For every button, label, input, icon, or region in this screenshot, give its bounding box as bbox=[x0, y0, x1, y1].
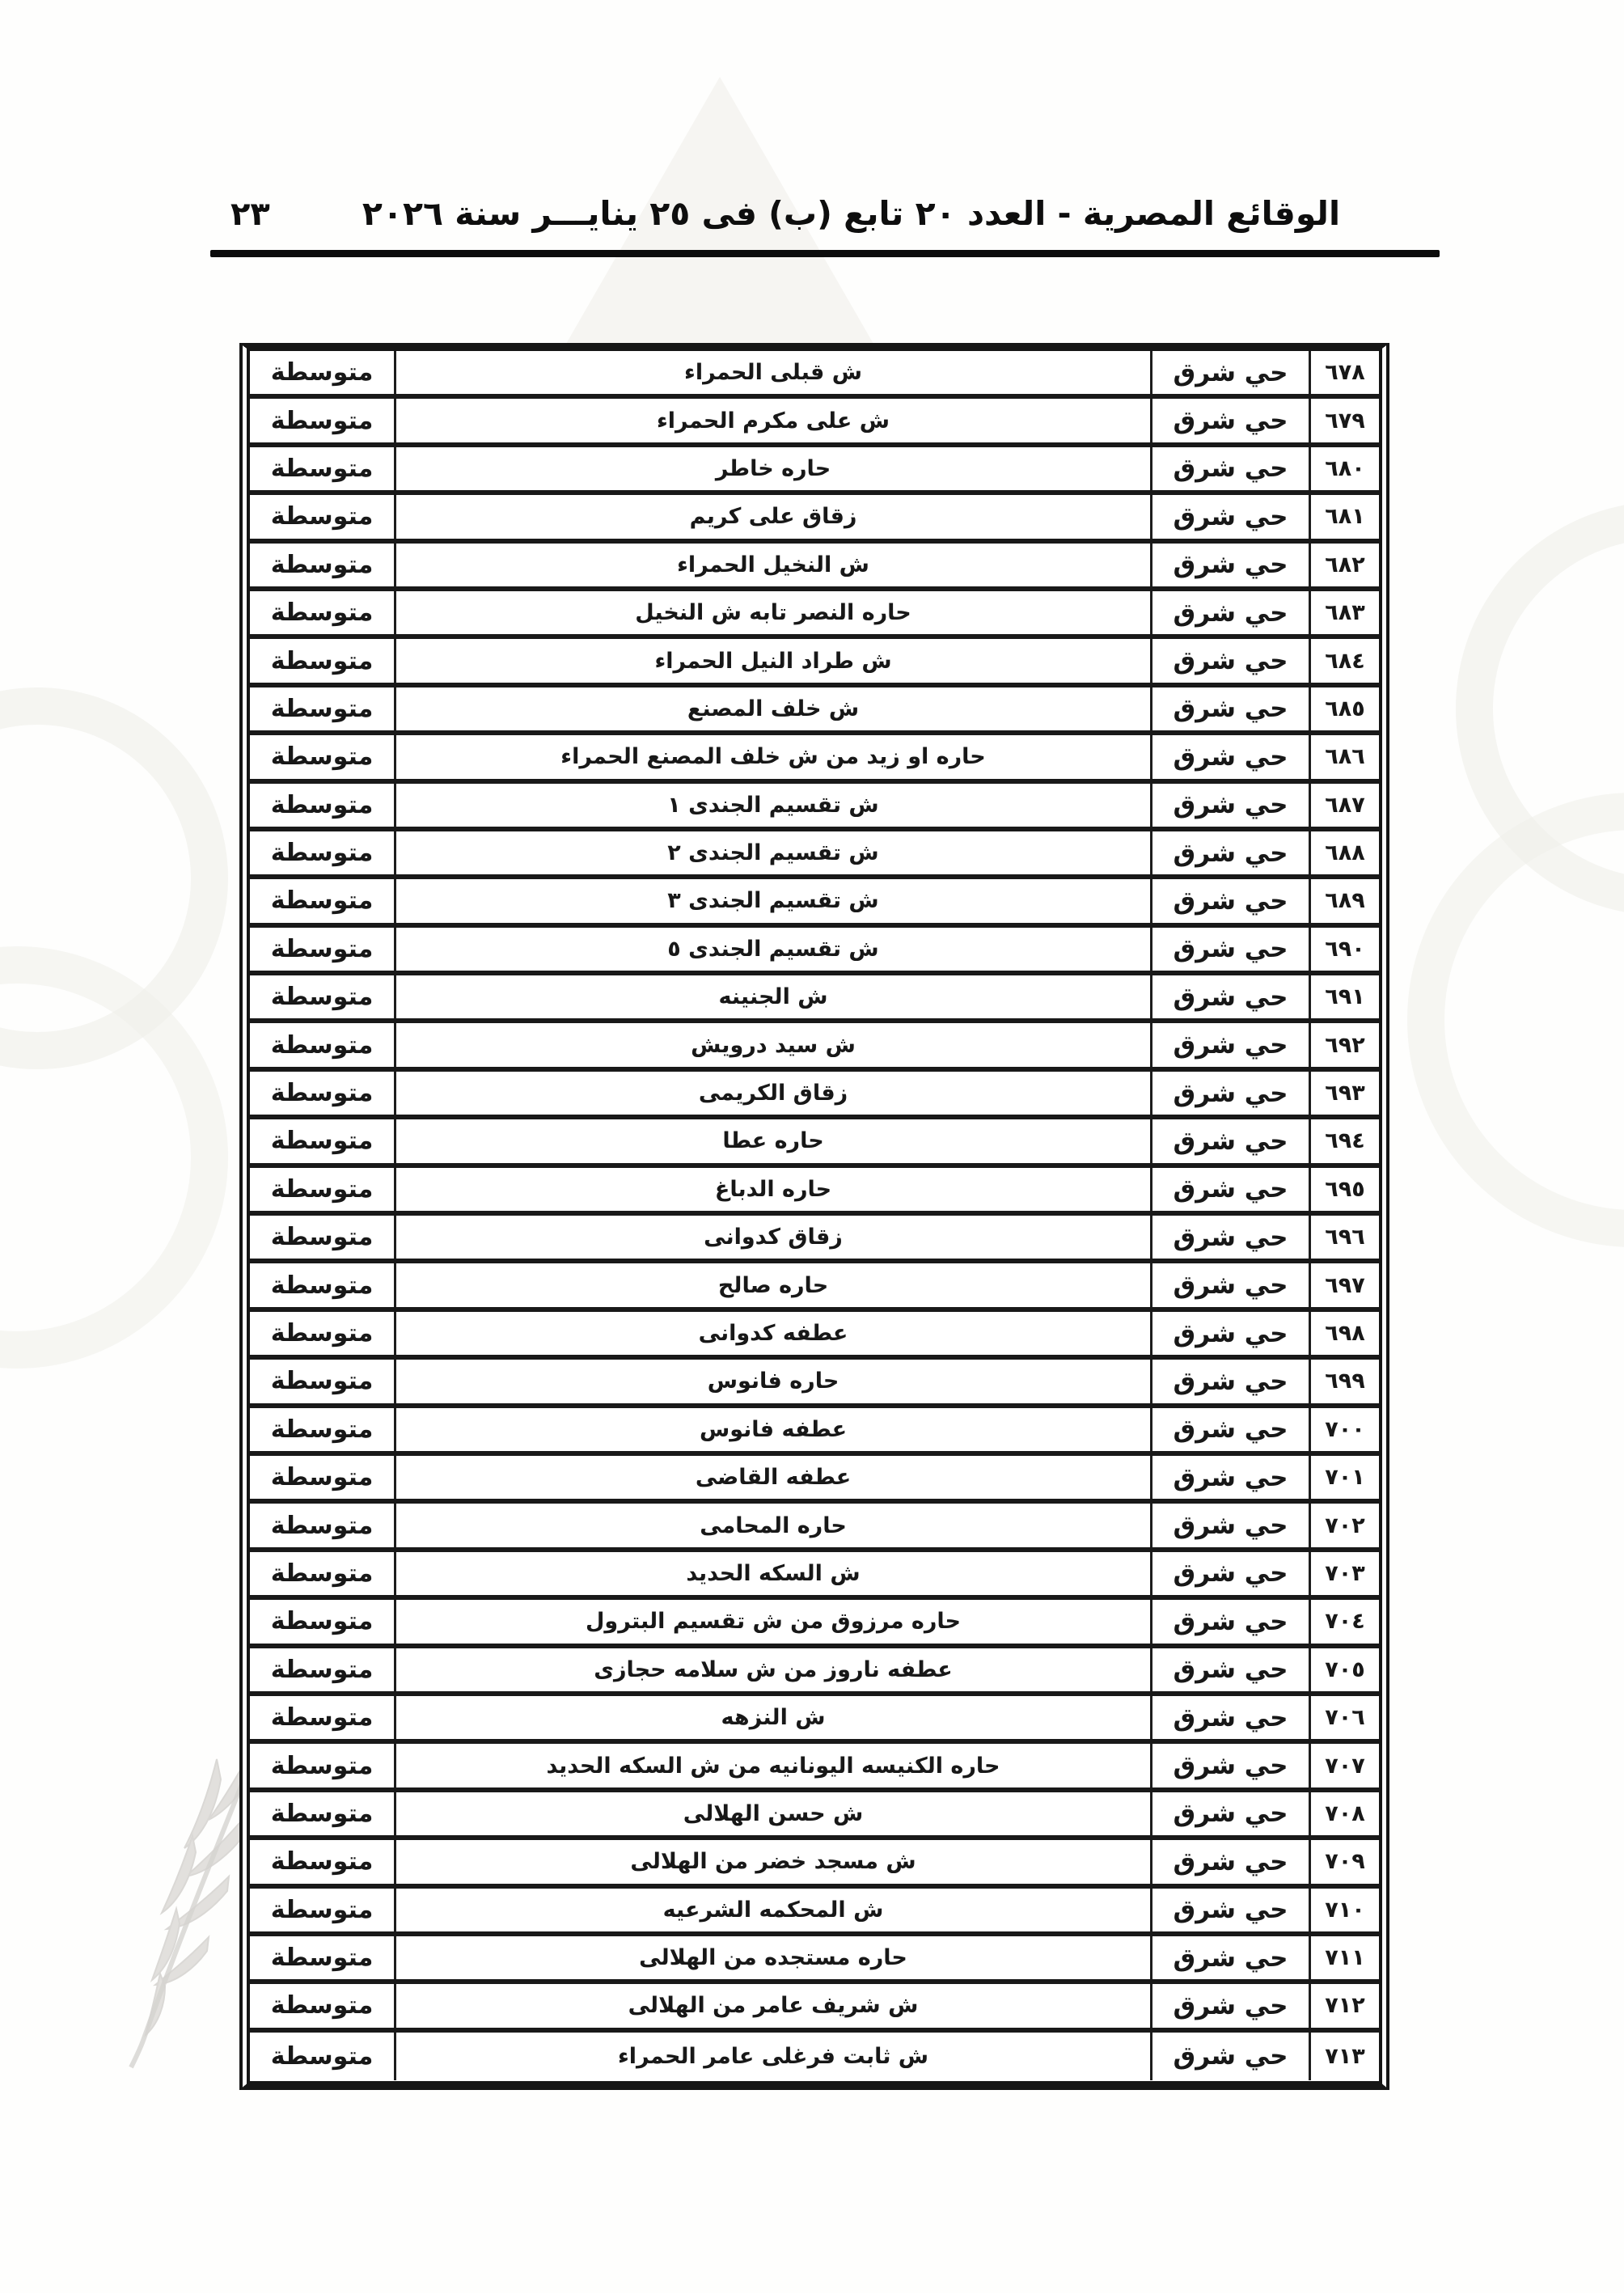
street-name-cell: ش مسجد خضر من الهلالى bbox=[396, 1840, 1152, 1883]
street-name-cell: حاره صالح bbox=[396, 1263, 1152, 1306]
table-row: متوسطة ش النزهه حي شرق ٧٠٦ bbox=[250, 1696, 1379, 1744]
serial-number-cell: ٦٩١ bbox=[1311, 975, 1379, 1018]
masthead-rule bbox=[210, 250, 1440, 257]
table-row: متوسطة عطفه فانوس حي شرق ٧٠٠ bbox=[250, 1408, 1379, 1456]
table-row: متوسطة حاره الدباغ حي شرق ٦٩٥ bbox=[250, 1168, 1379, 1216]
gazette-scanned-page: الوقائع المصرية - العدد ٢٠ تابع (ب) فى ٢… bbox=[0, 0, 1624, 2293]
district-cell: حي شرق bbox=[1152, 1456, 1311, 1499]
table-row: متوسطة ش حسن الهلالى حي شرق ٧٠٨ bbox=[250, 1792, 1379, 1840]
serial-number-cell: ٦٩٦ bbox=[1311, 1216, 1379, 1259]
street-name-cell: حاره او زيد من ش خلف المصنع الحمراء bbox=[396, 735, 1152, 778]
serial-number-cell: ٦٨٧ bbox=[1311, 784, 1379, 827]
classification-cell: متوسطة bbox=[250, 591, 396, 634]
classification-cell: متوسطة bbox=[250, 831, 396, 874]
gazette-title-line: الوقائع المصرية - العدد ٢٠ تابع (ب) فى ٢… bbox=[362, 194, 1340, 233]
classification-cell: متوسطة bbox=[250, 1744, 396, 1787]
serial-number-cell: ٧١١ bbox=[1311, 1936, 1379, 1979]
masthead: الوقائع المصرية - العدد ٢٠ تابع (ب) فى ٢… bbox=[230, 162, 1340, 233]
classification-cell: متوسطة bbox=[250, 495, 396, 538]
stamp-arc-watermark-icon bbox=[1407, 793, 1624, 1247]
classification-cell: متوسطة bbox=[250, 1648, 396, 1691]
serial-number-cell: ٦٩٣ bbox=[1311, 1072, 1379, 1115]
district-cell: حي شرق bbox=[1152, 928, 1311, 971]
serial-number-cell: ٦٩٤ bbox=[1311, 1119, 1379, 1162]
street-name-cell: حاره مرزوق من ش تقسيم البترول bbox=[396, 1600, 1152, 1643]
serial-number-cell: ٦٨٣ bbox=[1311, 591, 1379, 634]
classification-cell: متوسطة bbox=[250, 544, 396, 586]
serial-number-cell: ٧٠٢ bbox=[1311, 1504, 1379, 1546]
district-cell: حي شرق bbox=[1152, 591, 1311, 634]
serial-number-cell: ٧٠٣ bbox=[1311, 1552, 1379, 1595]
district-cell: حي شرق bbox=[1152, 1840, 1311, 1883]
district-cell: حي شرق bbox=[1152, 1936, 1311, 1979]
district-cell: حي شرق bbox=[1152, 831, 1311, 874]
table-row: متوسطة حاره صالح حي شرق ٦٩٧ bbox=[250, 1263, 1379, 1311]
street-name-cell: عطفه القاضى bbox=[396, 1456, 1152, 1499]
serial-number-cell: ٦٩٥ bbox=[1311, 1168, 1379, 1211]
classification-cell: متوسطة bbox=[250, 1792, 396, 1835]
table-row: متوسطة زقاق على كريم حي شرق ٦٨١ bbox=[250, 495, 1379, 543]
street-name-cell: ش حسن الهلالى bbox=[396, 1792, 1152, 1835]
classification-cell: متوسطة bbox=[250, 1696, 396, 1739]
serial-number-cell: ٧٠١ bbox=[1311, 1456, 1379, 1499]
street-name-cell: حاره النصر تابه ش النخيل bbox=[396, 591, 1152, 634]
street-name-cell: حاره مستجده من الهلالى bbox=[396, 1936, 1152, 1979]
serial-number-cell: ٦٩٩ bbox=[1311, 1360, 1379, 1402]
table-row: متوسطة ش قبلى الحمراء حي شرق ٦٧٨ bbox=[250, 351, 1379, 399]
table-row: متوسطة حاره المحامى حي شرق ٧٠٢ bbox=[250, 1504, 1379, 1551]
table-row: متوسطة ش تقسيم الجندى ٥ حي شرق ٦٩٠ bbox=[250, 928, 1379, 975]
classification-cell: متوسطة bbox=[250, 1456, 396, 1499]
serial-number-cell: ٧٠٩ bbox=[1311, 1840, 1379, 1883]
table-row: متوسطة ش الجنينه حي شرق ٦٩١ bbox=[250, 975, 1379, 1023]
district-cell: حي شرق bbox=[1152, 1984, 1311, 2027]
classification-cell: متوسطة bbox=[250, 975, 396, 1018]
district-cell: حي شرق bbox=[1152, 351, 1311, 394]
street-name-cell: ش النزهه bbox=[396, 1696, 1152, 1739]
serial-number-cell: ٧١٢ bbox=[1311, 1984, 1379, 2027]
street-name-cell: ش سيد درويش bbox=[396, 1023, 1152, 1066]
district-cell: حي شرق bbox=[1152, 687, 1311, 730]
table-row: متوسطة ش المحكمه الشرعيه حي شرق ٧١٠ bbox=[250, 1889, 1379, 1936]
street-name-cell: عطفه كدوانى bbox=[396, 1312, 1152, 1355]
table-row: متوسطة عطفه ناروز من ش سلامه حجازى حي شر… bbox=[250, 1648, 1379, 1696]
classification-cell: متوسطة bbox=[250, 1312, 396, 1355]
serial-number-cell: ٦٨٠ bbox=[1311, 447, 1379, 490]
district-cell: حي شرق bbox=[1152, 1023, 1311, 1066]
classification-cell: متوسطة bbox=[250, 784, 396, 827]
classification-cell: متوسطة bbox=[250, 447, 396, 490]
street-name-cell: زقاق على كريم bbox=[396, 495, 1152, 538]
table-row: متوسطة حاره مستجده من الهلالى حي شرق ٧١١ bbox=[250, 1936, 1379, 1984]
classification-cell: متوسطة bbox=[250, 2033, 396, 2080]
table-row: متوسطة ش خلف المصنع حي شرق ٦٨٥ bbox=[250, 687, 1379, 735]
serial-number-cell: ٧٠٠ bbox=[1311, 1408, 1379, 1451]
serial-number-cell: ٦٨٩ bbox=[1311, 879, 1379, 922]
table-row: متوسطة ش طراد النيل الحمراء حي شرق ٦٨٤ bbox=[250, 639, 1379, 687]
serial-number-cell: ٦٧٨ bbox=[1311, 351, 1379, 394]
street-name-cell: ش الجنينه bbox=[396, 975, 1152, 1018]
table-row: متوسطة حاره او زيد من ش خلف المصنع الحمر… bbox=[250, 735, 1379, 783]
table-row: متوسطة ش السكه الحديد حي شرق ٧٠٣ bbox=[250, 1552, 1379, 1600]
district-cell: حي شرق bbox=[1152, 495, 1311, 538]
classification-cell: متوسطة bbox=[250, 1216, 396, 1259]
street-name-cell: ش شريف عامر من الهلالى bbox=[396, 1984, 1152, 2027]
district-cell: حي شرق bbox=[1152, 447, 1311, 490]
table-row: متوسطة حاره خاطر حي شرق ٦٨٠ bbox=[250, 447, 1379, 495]
district-cell: حي شرق bbox=[1152, 639, 1311, 682]
serial-number-cell: ٧٠٤ bbox=[1311, 1600, 1379, 1643]
street-name-cell: ش تقسيم الجندى ١ bbox=[396, 784, 1152, 827]
table-row: متوسطة ش ثابت فرغلى عامر الحمراء حي شرق … bbox=[250, 2033, 1379, 2080]
table-row: متوسطة عطفه كدوانى حي شرق ٦٩٨ bbox=[250, 1312, 1379, 1360]
serial-number-cell: ٧٠٦ bbox=[1311, 1696, 1379, 1739]
district-cell: حي شرق bbox=[1152, 1168, 1311, 1211]
district-cell: حي شرق bbox=[1152, 1263, 1311, 1306]
classification-cell: متوسطة bbox=[250, 879, 396, 922]
page-number: ٢٣ bbox=[230, 196, 270, 233]
table-row: متوسطة ش تقسيم الجندى ٢ حي شرق ٦٨٨ bbox=[250, 831, 1379, 879]
classification-cell: متوسطة bbox=[250, 735, 396, 778]
street-name-cell: عطفه ناروز من ش سلامه حجازى bbox=[396, 1648, 1152, 1691]
serial-number-cell: ٦٩٢ bbox=[1311, 1023, 1379, 1066]
district-cell: حي شرق bbox=[1152, 1792, 1311, 1835]
serial-number-cell: ٦٨٦ bbox=[1311, 735, 1379, 778]
classification-cell: متوسطة bbox=[250, 1360, 396, 1402]
classification-cell: متوسطة bbox=[250, 1504, 396, 1546]
serial-number-cell: ٦٩٠ bbox=[1311, 928, 1379, 971]
street-name-cell: ش تقسيم الجندى ٢ bbox=[396, 831, 1152, 874]
street-name-cell: ش طراد النيل الحمراء bbox=[396, 639, 1152, 682]
district-cell: حي شرق bbox=[1152, 1648, 1311, 1691]
street-name-cell: حاره الكنيسه اليونانيه من ش السكه الحديد bbox=[396, 1744, 1152, 1787]
classification-cell: متوسطة bbox=[250, 1552, 396, 1595]
classification-cell: متوسطة bbox=[250, 1889, 396, 1931]
classification-cell: متوسطة bbox=[250, 1168, 396, 1211]
table-row: متوسطة عطفه القاضى حي شرق ٧٠١ bbox=[250, 1456, 1379, 1504]
table-row: متوسطة حاره النصر تابه ش النخيل حي شرق ٦… bbox=[250, 591, 1379, 639]
street-name-cell: حاره خاطر bbox=[396, 447, 1152, 490]
classification-cell: متوسطة bbox=[250, 928, 396, 971]
table-row: متوسطة ش مسجد خضر من الهلالى حي شرق ٧٠٩ bbox=[250, 1840, 1379, 1888]
street-name-cell: ش المحكمه الشرعيه bbox=[396, 1889, 1152, 1931]
serial-number-cell: ٦٩٧ bbox=[1311, 1263, 1379, 1306]
classification-cell: متوسطة bbox=[250, 1119, 396, 1162]
street-name-cell: حاره المحامى bbox=[396, 1504, 1152, 1546]
classification-cell: متوسطة bbox=[250, 1936, 396, 1979]
serial-number-cell: ٦٨٥ bbox=[1311, 687, 1379, 730]
district-cell: حي شرق bbox=[1152, 1119, 1311, 1162]
classification-cell: متوسطة bbox=[250, 351, 396, 394]
classification-cell: متوسطة bbox=[250, 1984, 396, 2027]
serial-number-cell: ٧١٣ bbox=[1311, 2033, 1379, 2080]
district-cell: حي شرق bbox=[1152, 1360, 1311, 1402]
streets-table: متوسطة ش قبلى الحمراء حي شرق ٦٧٨ متوسطة … bbox=[239, 343, 1389, 2090]
serial-number-cell: ٦٧٩ bbox=[1311, 399, 1379, 442]
district-cell: حي شرق bbox=[1152, 1696, 1311, 1739]
district-cell: حي شرق bbox=[1152, 1312, 1311, 1355]
table-row: متوسطة حاره الكنيسه اليونانيه من ش السكه… bbox=[250, 1744, 1379, 1792]
district-cell: حي شرق bbox=[1152, 399, 1311, 442]
classification-cell: متوسطة bbox=[250, 639, 396, 682]
stamp-arc-watermark-icon bbox=[0, 638, 277, 1119]
table-row: متوسطة ش تقسيم الجندى ١ حي شرق ٦٨٧ bbox=[250, 784, 1379, 831]
classification-cell: متوسطة bbox=[250, 1840, 396, 1883]
classification-cell: متوسطة bbox=[250, 1408, 396, 1451]
classification-cell: متوسطة bbox=[250, 1600, 396, 1643]
street-name-cell: عطفه فانوس bbox=[396, 1408, 1152, 1451]
street-name-cell: ش النخيل الحمراء bbox=[396, 544, 1152, 586]
classification-cell: متوسطة bbox=[250, 1263, 396, 1306]
district-cell: حي شرق bbox=[1152, 2033, 1311, 2080]
street-name-cell: حاره فانوس bbox=[396, 1360, 1152, 1402]
table-row: متوسطة زقاق الكريمى حي شرق ٦٩٣ bbox=[250, 1072, 1379, 1119]
street-name-cell: حاره الدباغ bbox=[396, 1168, 1152, 1211]
serial-number-cell: ٧١٠ bbox=[1311, 1889, 1379, 1931]
serial-number-cell: ٦٨١ bbox=[1311, 495, 1379, 538]
district-cell: حي شرق bbox=[1152, 1408, 1311, 1451]
district-cell: حي شرق bbox=[1152, 784, 1311, 827]
classification-cell: متوسطة bbox=[250, 1072, 396, 1115]
district-cell: حي شرق bbox=[1152, 1552, 1311, 1595]
street-name-cell: ش تقسيم الجندى ٣ bbox=[396, 879, 1152, 922]
serial-number-cell: ٧٠٨ bbox=[1311, 1792, 1379, 1835]
table-row: متوسطة ش سيد درويش حي شرق ٦٩٢ bbox=[250, 1023, 1379, 1071]
street-name-cell: ش قبلى الحمراء bbox=[396, 351, 1152, 394]
serial-number-cell: ٧٠٧ bbox=[1311, 1744, 1379, 1787]
serial-number-cell: ٦٨٤ bbox=[1311, 639, 1379, 682]
table-row: متوسطة زقاق كدوانى حي شرق ٦٩٦ bbox=[250, 1216, 1379, 1263]
serial-number-cell: ٦٩٨ bbox=[1311, 1312, 1379, 1355]
classification-cell: متوسطة bbox=[250, 399, 396, 442]
table-row: متوسطة حاره فانوس حي شرق ٦٩٩ bbox=[250, 1360, 1379, 1407]
district-cell: حي شرق bbox=[1152, 1072, 1311, 1115]
classification-cell: متوسطة bbox=[250, 687, 396, 730]
table-row: متوسطة ش شريف عامر من الهلالى حي شرق ٧١٢ bbox=[250, 1984, 1379, 2032]
serial-number-cell: ٦٨٨ bbox=[1311, 831, 1379, 874]
table-row: متوسطة حاره مرزوق من ش تقسيم البترول حي … bbox=[250, 1600, 1379, 1648]
stamp-arc-watermark-icon bbox=[1417, 463, 1624, 954]
table-row: متوسطة ش النخيل الحمراء حي شرق ٦٨٢ bbox=[250, 544, 1379, 591]
district-cell: حي شرق bbox=[1152, 735, 1311, 778]
district-cell: حي شرق bbox=[1152, 544, 1311, 586]
street-name-cell: حاره عطا bbox=[396, 1119, 1152, 1162]
district-cell: حي شرق bbox=[1152, 1504, 1311, 1546]
stamp-arc-watermark-icon bbox=[0, 946, 228, 1369]
street-name-cell: زقاق الكريمى bbox=[396, 1072, 1152, 1115]
street-name-cell: ش ثابت فرغلى عامر الحمراء bbox=[396, 2033, 1152, 2080]
classification-cell: متوسطة bbox=[250, 1023, 396, 1066]
street-name-cell: ش السكه الحديد bbox=[396, 1552, 1152, 1595]
street-name-cell: ش على مكرم الحمراء bbox=[396, 399, 1152, 442]
street-name-cell: ش خلف المصنع bbox=[396, 687, 1152, 730]
street-name-cell: زقاق كدوانى bbox=[396, 1216, 1152, 1259]
table-row: متوسطة ش تقسيم الجندى ٣ حي شرق ٦٨٩ bbox=[250, 879, 1379, 927]
table-row: متوسطة حاره عطا حي شرق ٦٩٤ bbox=[250, 1119, 1379, 1167]
district-cell: حي شرق bbox=[1152, 1600, 1311, 1643]
district-cell: حي شرق bbox=[1152, 1216, 1311, 1259]
district-cell: حي شرق bbox=[1152, 1889, 1311, 1931]
district-cell: حي شرق bbox=[1152, 1744, 1311, 1787]
serial-number-cell: ٦٨٢ bbox=[1311, 544, 1379, 586]
table-row: متوسطة ش على مكرم الحمراء حي شرق ٦٧٩ bbox=[250, 399, 1379, 446]
district-cell: حي شرق bbox=[1152, 975, 1311, 1018]
district-cell: حي شرق bbox=[1152, 879, 1311, 922]
street-name-cell: ش تقسيم الجندى ٥ bbox=[396, 928, 1152, 971]
serial-number-cell: ٧٠٥ bbox=[1311, 1648, 1379, 1691]
